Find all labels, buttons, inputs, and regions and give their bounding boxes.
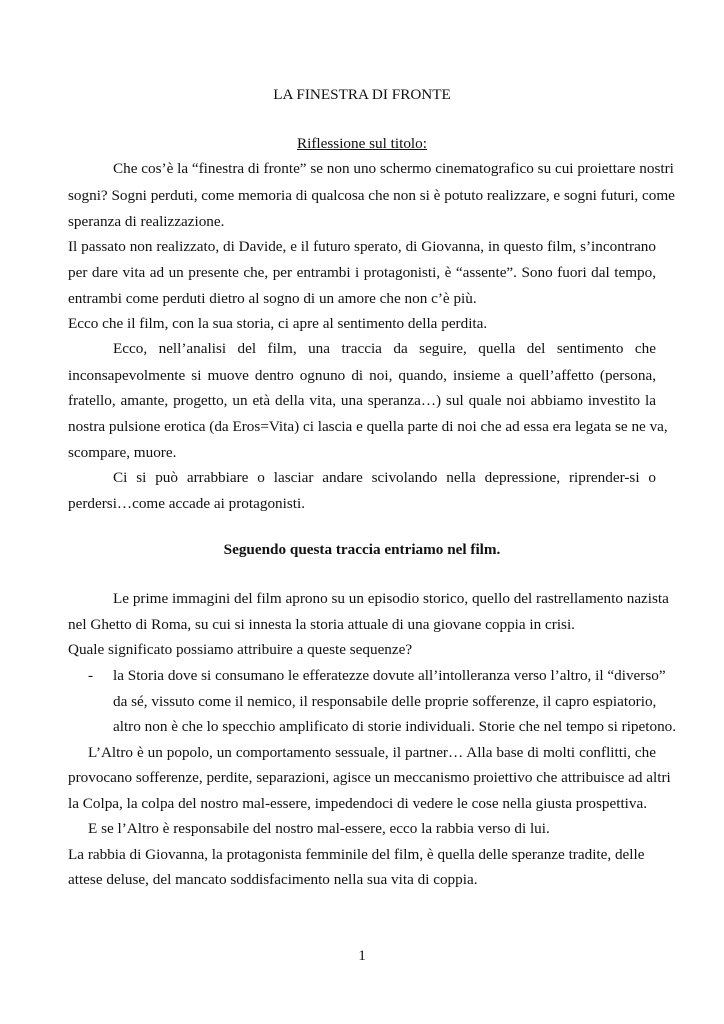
paragraph-line: perdersi…come accade ai protagonisti. (68, 495, 656, 513)
bullet-line: altro non è che lo specchio amplificato … (113, 718, 656, 736)
bullet-line: la Storia dove si consumano le efferatez… (113, 667, 656, 685)
paragraph-line: inconsapevolmente si muove dentro ognuno… (68, 367, 656, 385)
paragraph-line: per dare vita ad un presente che, per en… (68, 264, 656, 282)
paragraph-line: nostra pulsione erotica (da Eros=Vita) c… (68, 418, 656, 436)
paragraph-line: Ecco che il film, con la sua storia, ci … (68, 315, 656, 333)
paragraph-line: fratello, amante, progetto, un età della… (68, 392, 656, 410)
section-heading-film: Seguendo questa traccia entriamo nel fil… (68, 541, 656, 559)
paragraph-line: la Colpa, la colpa del nostro mal-essere… (68, 795, 656, 813)
paragraph-line: speranza di realizzazione. (68, 213, 656, 231)
paragraph-line: Che cos’è la “finestra di fronte” se non… (113, 160, 656, 178)
paragraph-line: Il passato non realizzato, di Davide, e … (68, 238, 656, 256)
paragraph-line: La rabbia di Giovanna, la protagonista f… (68, 846, 656, 864)
page-number: 1 (352, 947, 372, 965)
paragraph-line: entrambi come perduti dietro al sogno di… (68, 290, 656, 308)
paragraph-line: E se l’Altro è responsabile del nostro m… (88, 820, 676, 838)
paragraph-line: sogni? Sogni perduti, come memoria di qu… (68, 187, 656, 205)
paragraph-line: provocano sofferenze, perdite, separazio… (68, 769, 656, 787)
paragraph-line: L’Altro è un popolo, un comportamento se… (88, 744, 656, 762)
bullet-line: da sé, vissuto come il nemico, il respon… (113, 693, 656, 711)
paragraph-line: attese deluse, del mancato soddisfacimen… (68, 871, 656, 889)
paragraph-line: Quale significato possiamo attribuire a … (68, 641, 656, 659)
bullet-marker: - (88, 667, 93, 685)
section-heading-reflection: Riflessione sul titolo: (68, 135, 656, 153)
paragraph-line: nel Ghetto di Roma, su cui si innesta la… (68, 616, 656, 634)
paragraph-line: Ecco, nell’analisi del film, una traccia… (113, 340, 656, 358)
document-title: LA FINESTRA DI FRONTE (68, 86, 656, 104)
paragraph-line: scompare, muore. (68, 444, 656, 462)
paragraph-line: Ci si può arrabbiare o lasciar andare sc… (113, 469, 656, 487)
document-page: LA FINESTRA DI FRONTE Riflessione sul ti… (0, 0, 724, 1024)
paragraph-line: Le prime immagini del film aprono su un … (113, 590, 656, 608)
